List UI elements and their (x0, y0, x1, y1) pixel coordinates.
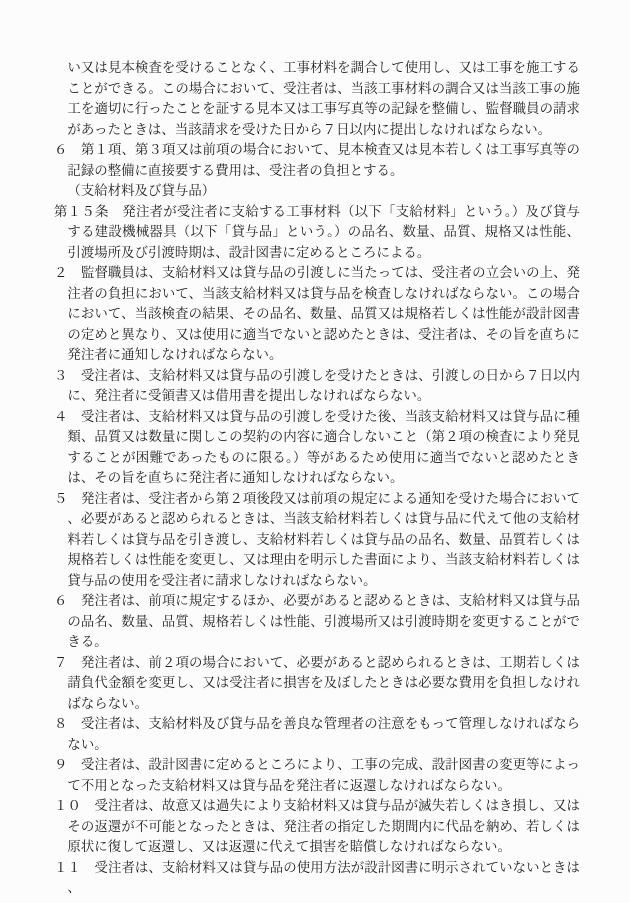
section-heading-shikyu-zairyo: （支給材料及び貸与品） (54, 181, 580, 202)
paragraph-item-6: ６ 発注者は、前項に規定するほか、必要があると認めるときは、支給材料又は貸与品の… (54, 591, 580, 653)
paragraph-item-10: １０ 受注者は、故意又は過失により支給材料又は貸与品が滅失若しくはき損し、又はそ… (54, 796, 580, 858)
paragraph-item-8: ８ 受注者は、支給材料及び貸与品を善良な管理者の注意をもって管理しなければならな… (54, 714, 580, 755)
contract-text-body: い又は見本検査を受けることなく、工事材料を調合して使用し、又は工事を施工すること… (54, 58, 580, 899)
paragraph-item-4: ４ 受注者は、支給材料又は貸与品の引渡しを受けた後、当該支給材料又は貸与品に種類… (54, 407, 580, 489)
paragraph-prev-item-6: ６ 第１項、第３項又は前項の場合において、見本検査又は見本若しくは工事写真等の記… (54, 140, 580, 181)
document-page: い又は見本検査を受けることなく、工事材料を調合して使用し、又は工事を施工すること… (0, 0, 630, 903)
paragraph-item-11: １１ 受注者は、支給材料又は貸与品の使用方法が設計図書に明示されていないときは、 (54, 858, 580, 899)
paragraph-item-7: ７ 発注者は、前２項の場合において、必要があると認められるときは、工期若しくは請… (54, 653, 580, 715)
paragraph-item-5: ５ 発注者は、受注者から第２項後段又は前項の規定による通知を受けた場合において、… (54, 489, 580, 592)
paragraph-continuation: い又は見本検査を受けることなく、工事材料を調合して使用し、又は工事を施工すること… (54, 58, 580, 140)
paragraph-item-9: ９ 受注者は、設計図書に定めるところにより、工事の完成、設計図書の変更等によって… (54, 755, 580, 796)
paragraph-item-3: ３ 受注者は、支給材料又は貸与品の引渡しを受けたときは、引渡しの日から７日以内に… (54, 366, 580, 407)
paragraph-article-15: 第１５条 発注者が受注者に支給する工事材料（以下「支給材料」という。）及び貸与す… (54, 202, 580, 264)
paragraph-item-2: ２ 監督職員は、支給材料又は貸与品の引渡しに当たっては、受注者の立会いの上、発注… (54, 263, 580, 366)
